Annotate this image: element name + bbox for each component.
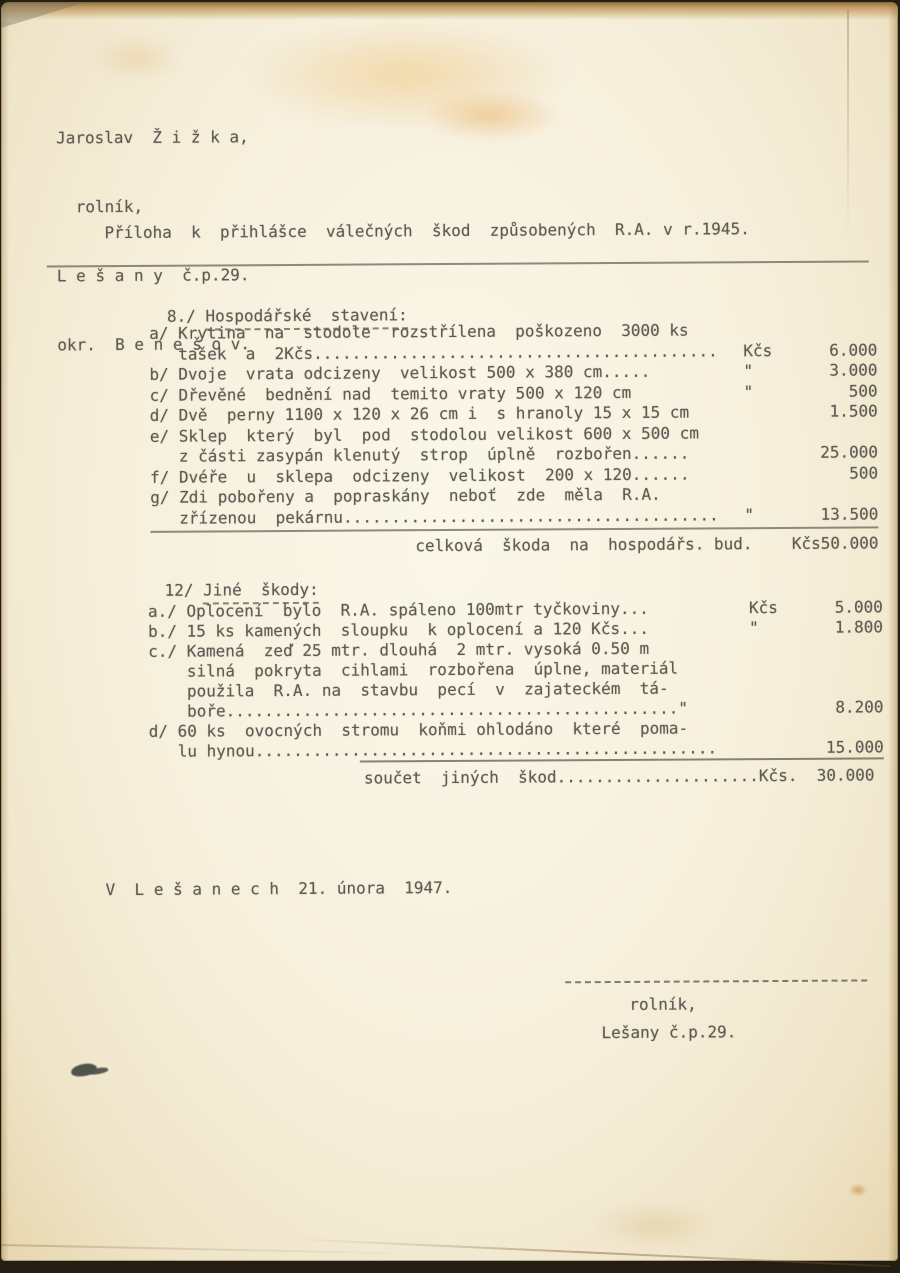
damage-currency (749, 658, 797, 678)
damage-amount (792, 483, 878, 504)
damage-currency (749, 638, 797, 658)
section-12-damage-rows: a./ Oplocení bylo R.A. spáleno 100mtr ty… (148, 597, 884, 761)
section-8-damage-rows: a/ Krytina na stodole rozstřílena poškoz… (149, 319, 878, 532)
damage-amount (798, 717, 884, 738)
damage-amount: 500 (792, 381, 878, 402)
signature-rule (565, 979, 867, 983)
damage-currency (744, 484, 792, 505)
damage-currency: " (744, 381, 792, 402)
damage-amount: 8.200 (797, 697, 883, 718)
damage-currency: Kčs (743, 340, 791, 361)
section-8-total-amount: Kčs50.000 (768, 533, 878, 553)
damage-description: zřízenou pekárnu........................… (150, 505, 744, 529)
damage-currency (749, 698, 797, 718)
section-12-sum-line: součet jiných škod.....................K… (364, 765, 875, 787)
damage-amount (797, 677, 883, 698)
signature-address: Lešany č.p.29. (601, 1022, 736, 1042)
sender-name: Jaroslav Ž i ž k a, (56, 125, 249, 149)
damage-currency (744, 443, 792, 464)
damage-amount (792, 422, 878, 443)
damage-currency (744, 463, 792, 484)
damage-amount: 5.000 (797, 597, 883, 618)
damage-amount: 3.000 (791, 360, 877, 381)
typed-content: Jaroslav Ž i ž k a, rolník, L e š a n y … (0, 0, 900, 1264)
date-line: V L e š a n e c h 21. února 1947. (106, 878, 453, 899)
damage-amount: 15.000 (798, 737, 884, 758)
section-8-total-label: celková škoda na hospodářs. bud. (150, 534, 768, 557)
damage-amount: 1.500 (792, 401, 878, 422)
damage-amount: 25.000 (792, 442, 878, 463)
damage-currency: Kčs (749, 598, 797, 618)
signature-occupation: rolník, (629, 995, 697, 1014)
damage-currency (750, 738, 798, 758)
damage-currency (744, 402, 792, 423)
damage-currency (750, 718, 798, 738)
document-page: Jaroslav Ž i ž k a, rolník, L e š a n y … (1, 2, 898, 1261)
damage-currency (749, 678, 797, 698)
damage-amount (791, 319, 877, 340)
section-8-total-row: celková škoda na hospodářs. bud. Kčs50.0… (150, 533, 878, 556)
damage-amount: 1.800 (797, 617, 883, 638)
damage-currency (743, 320, 791, 341)
section-12-number: 12/ (165, 581, 194, 600)
damage-amount: 6.000 (791, 340, 877, 361)
damage-line: zřízenou pekárnu........................… (150, 504, 878, 533)
damage-currency (744, 422, 792, 443)
damage-amount (797, 657, 883, 678)
document-title-text: Příloha k přihlášce válečných škod způso… (104, 219, 750, 242)
damage-amount: 500 (792, 463, 878, 484)
document-title: Příloha k přihlášce válečných škod způso… (46, 199, 868, 267)
damage-currency: " (749, 618, 797, 638)
damage-currency: " (743, 361, 791, 382)
heading-gap (193, 581, 203, 600)
damage-currency: " (744, 504, 792, 525)
damage-amount: 13.500 (792, 504, 878, 525)
damage-amount (797, 637, 883, 658)
